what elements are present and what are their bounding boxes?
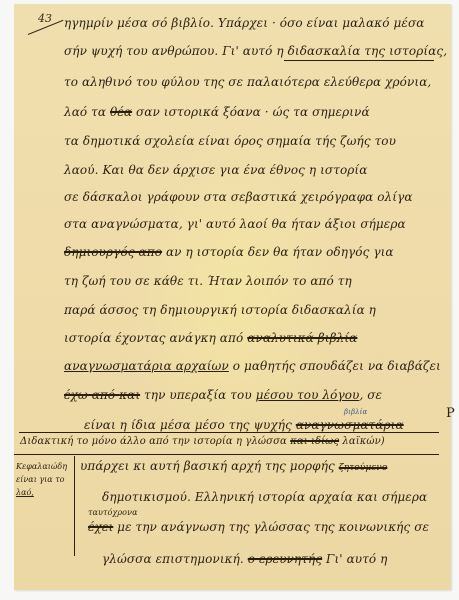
manuscript-line-11: παρά άσσος τη δημιουργική ιστορία διδασκ… <box>64 303 376 317</box>
line-14-underlined: μέσου του λόγου <box>256 388 360 402</box>
line-13-post: ο μαθητής σπουδάζει να διαβάζει <box>229 359 441 373</box>
margin-note-line-3: λαό, <box>16 486 67 499</box>
manuscript-line-16: Διδακτική το μόνο άλλο από την ιστορία η… <box>20 436 385 447</box>
manuscript-line-6: λαού. Και θα δεν άρχισε για ένα έθνος η … <box>64 163 367 177</box>
margin-note-line-1: Κεφαλαιώδη <box>16 460 67 473</box>
margin-note: Κεφαλαιώδη είναι για το λαό, <box>16 460 67 499</box>
line-12-pre: ιστορία έχοντας ανάγκη από <box>64 331 247 345</box>
manuscript-line-4: λαό τα θέα σαν ιστορικά ξόανα · ώς τα ση… <box>64 105 370 119</box>
folio-number: 43 <box>38 12 52 25</box>
line-20-pre: γλώσσα επιστημονική. <box>102 552 248 566</box>
manuscript-line-14: έχω από και την υπεραξία του μέσου του λ… <box>64 388 382 402</box>
line-20-struck: ο ερευνητής <box>248 552 322 566</box>
manuscript-line-2: σήν ψυχή του ανθρώπου. Γι' αυτό η διδασκ… <box>64 44 447 58</box>
right-margin-mark: Ρ <box>446 406 455 421</box>
line-9-post: αν η ιστορία δεν θα ήταν οδηγός για <box>162 245 394 259</box>
manuscript-line-1: ηγημρίν μέσα σό βιβλίο. Υπάρχει · όσο εί… <box>64 16 424 30</box>
margin-note-divider <box>74 456 75 556</box>
line-14-post: , σε <box>359 388 382 402</box>
line-4-post: σαν ιστορικά ξόανα · ώς τα σημερινά <box>132 105 370 119</box>
manuscript-line-7: σε δάσκαλοι γράφουν στα σεβαστικά χειρόγ… <box>64 190 413 204</box>
insertion-rule-bottom <box>14 454 439 455</box>
line-4-struck: θέα <box>110 105 132 119</box>
paper-sheen <box>124 134 344 454</box>
line-14-struck-pre: έχω από <box>64 388 119 402</box>
pencil-insertion: βιβλία <box>344 408 367 416</box>
manuscript-line-10: τη ζωή του σε κάθε τι. Ήταν λοιπόν το απ… <box>64 274 352 288</box>
line-17-struck: ζητούμενο <box>339 463 388 473</box>
line-14-pre: την υπεραξία του <box>140 388 256 402</box>
manuscript-page: 43 ηγημρίν μέσα σό βιβλίο. Υπάρχει · όσο… <box>14 4 451 590</box>
manuscript-line-8: στα αναγνώσματα, γι' αυτό λαοί θα ήταν ά… <box>64 217 406 231</box>
line-15-struck: αναγνωσματάρια <box>296 418 404 432</box>
line-19-insertion: ταυτόχρονα <box>88 508 138 517</box>
line-13-underlined: αναγνωσματάρια αρχαίων <box>64 359 229 373</box>
line-16-post: λαϊκών) <box>342 436 384 447</box>
manuscript-line-5: τα δημοτικά σχολεία είναι όρος σημαία τή… <box>64 134 396 148</box>
line-14-struck: και <box>119 388 140 402</box>
line-16-struck: και ιδίως <box>290 436 339 447</box>
manuscript-line-15: είναι η ίδια μέσα μέσο της ψυχής αναγνωσ… <box>84 418 404 432</box>
line-20-post: Γι' αυτό η <box>322 552 387 566</box>
manuscript-line-9: δημιουργός απο αν η ιστορία δεν θα ήταν … <box>64 245 394 259</box>
manuscript-line-3: το αληθινό του φύλου της σε παλαιότερα ε… <box>64 75 431 89</box>
margin-note-line-2: είναι για το <box>16 473 67 486</box>
line-12-struck: αναλυτικά βιβλία <box>247 331 357 345</box>
manuscript-line-19: έχει με την ανάγνωση της γλώσσας της κοι… <box>88 520 429 534</box>
manuscript-line-20: γλώσσα επιστημονική. ο ερευνητής Γι' αυτ… <box>102 552 387 566</box>
line-15-text: είναι η ίδια μέσα μέσο της ψυχής <box>84 418 292 432</box>
line-19-post: με την ανάγνωση της γλώσσας της κοινωνικ… <box>113 520 429 534</box>
line-19-struck: έχει <box>88 520 113 534</box>
line-9-struck: δημιουργός απο <box>64 245 162 259</box>
underline-rule <box>284 60 434 61</box>
insertion-rule-top <box>19 432 439 433</box>
line-17-text: υπάρχει κι αυτή βασική αρχή της μορφής <box>80 459 335 473</box>
manuscript-line-12: ιστορία έχοντας ανάγκη από αναλυτικά βιβ… <box>64 331 357 345</box>
manuscript-line-18: δημοτικισμού. Ελληνική ιστορία αρχαία κα… <box>102 490 427 504</box>
line-16-text: Διδακτική το μόνο άλλο από την ιστορία η… <box>20 436 287 447</box>
manuscript-line-17: υπάρχει κι αυτή βασική αρχή της μορφής ζ… <box>80 459 387 473</box>
manuscript-line-13: αναγνωσματάρια αρχαίων ο μαθητής σπουδάζ… <box>64 359 441 373</box>
line-4-pre: λαό τα <box>64 105 110 119</box>
